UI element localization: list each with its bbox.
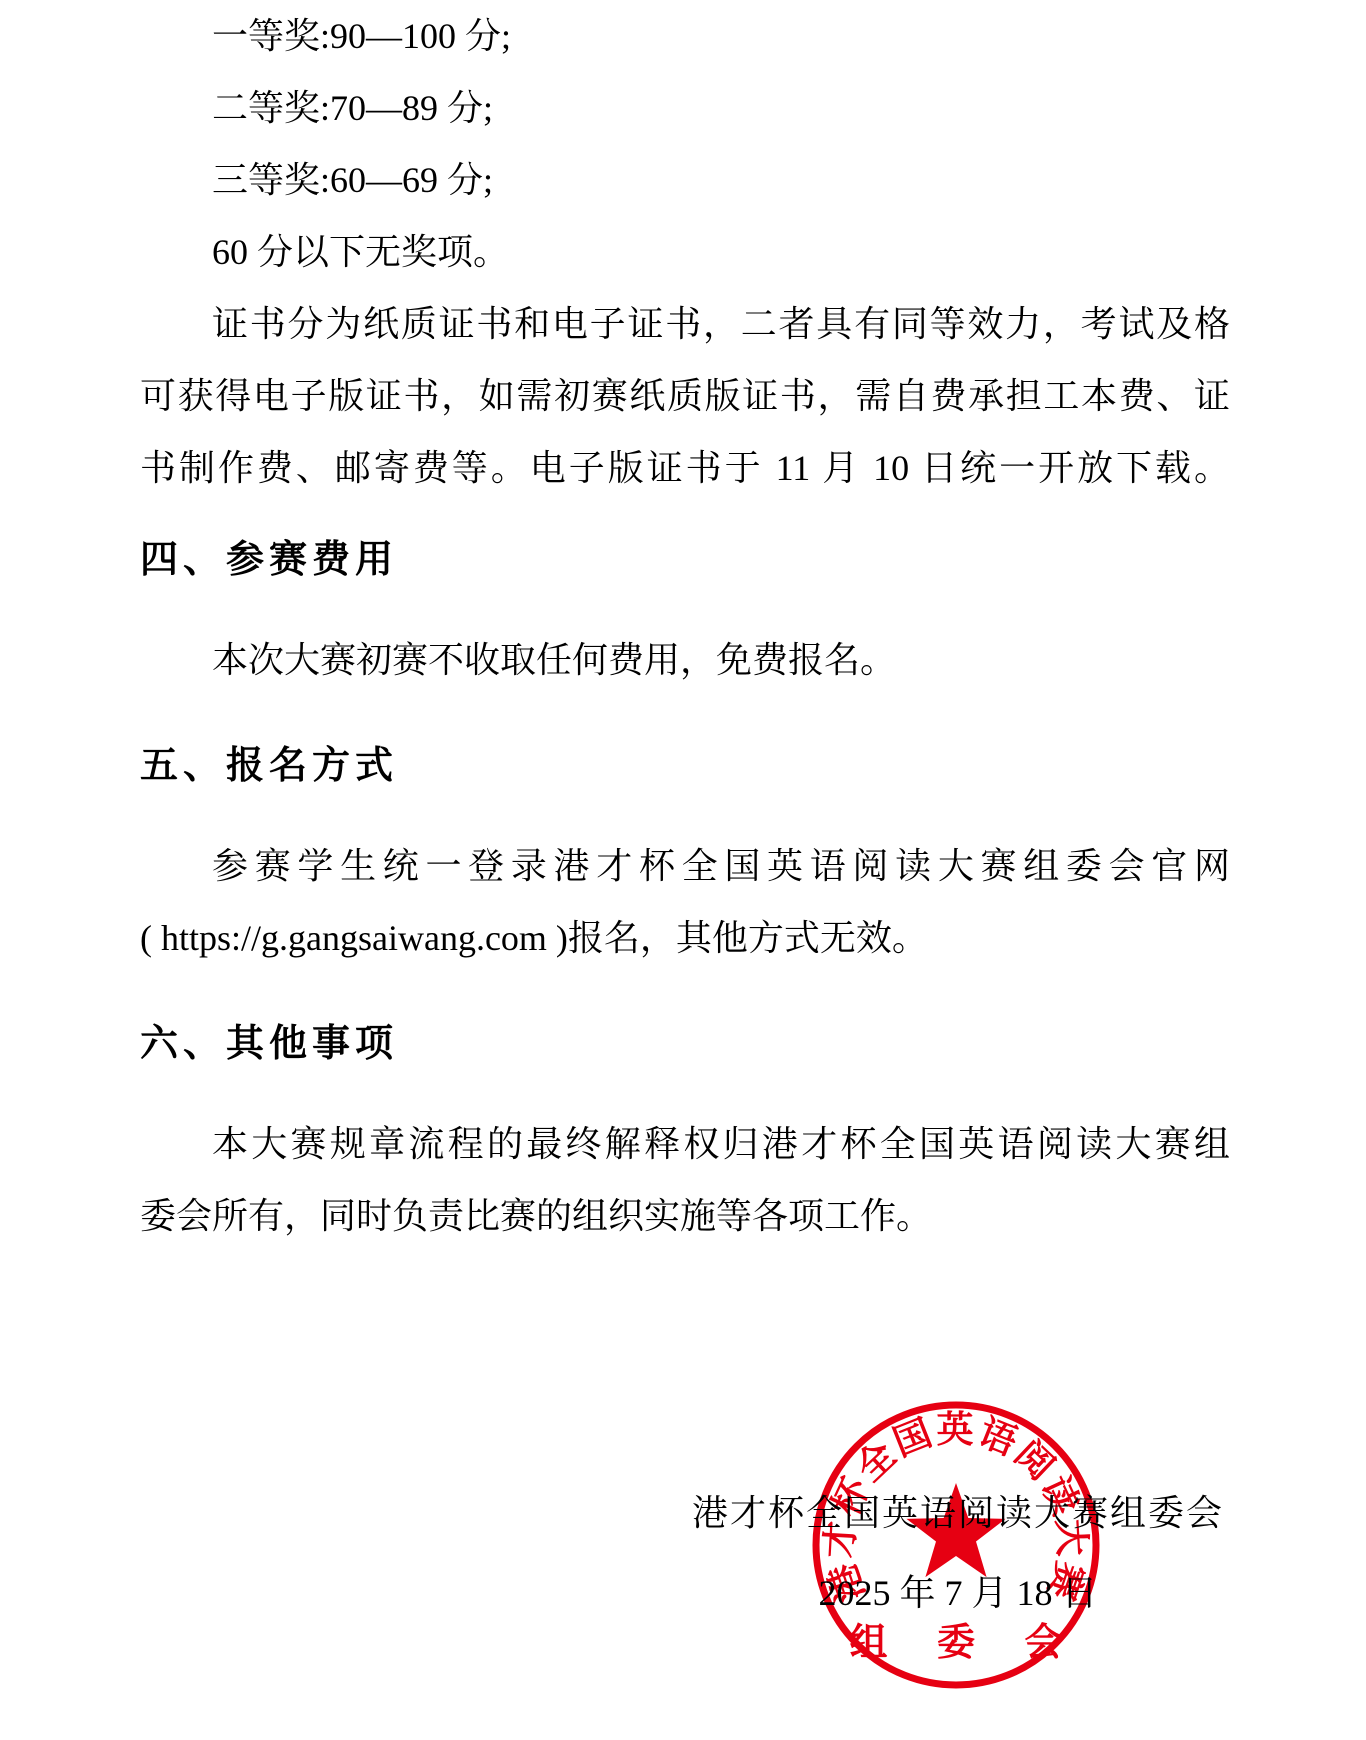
star-icon	[907, 1483, 1006, 1577]
registration-line: 参赛学生统一登录港才杯全国英语阅读大赛组委会官网	[140, 830, 1230, 902]
document-body: 一等奖:90—100 分; 二等奖:70—89 分; 三等奖:60—69 分; …	[140, 0, 1230, 1252]
document-page: 一等奖:90—100 分; 二等奖:70—89 分; 三等奖:60—69 分; …	[0, 0, 1366, 1740]
award-line-first-prize: 一等奖:90—100 分;	[140, 0, 1230, 72]
official-seal-stamp: 港才杯全国英语阅读大赛 组 委 会	[796, 1385, 1116, 1705]
award-line-third-prize: 三等奖:60—69 分;	[140, 144, 1230, 216]
section-heading-registration: 五、报名方式	[140, 742, 1230, 790]
award-line-no-prize: 60 分以下无奖项。	[140, 216, 1230, 288]
certificate-paragraph-line: 书制作费、邮寄费等。电子版证书于 11 月 10 日统一开放下载。	[140, 432, 1230, 504]
award-line-second-prize: 二等奖:70—89 分;	[140, 72, 1230, 144]
certificate-paragraph-line: 可获得电子版证书，如需初赛纸质版证书，需自费承担工本费、证	[140, 360, 1230, 432]
registration-url-line: ( https://g.gangsaiwang.com )报名，其他方式无效。	[140, 902, 1230, 974]
entry-fee-line: 本次大赛初赛不收取任何费用，免费报名。	[140, 624, 1230, 696]
section-heading-other-matters: 六、其他事项	[140, 1020, 1230, 1068]
stamp-committee-text: 组 委 会	[849, 1622, 1082, 1664]
other-matters-line: 委会所有，同时负责比赛的组织实施等各项工作。	[140, 1180, 1230, 1252]
certificate-paragraph-line: 证书分为纸质证书和电子证书，二者具有同等效力，考试及格	[140, 288, 1230, 360]
other-matters-line: 本大赛规章流程的最终解释权归港才杯全国英语阅读大赛组	[140, 1108, 1230, 1180]
section-heading-entry-fee: 四、参赛费用	[140, 536, 1230, 584]
